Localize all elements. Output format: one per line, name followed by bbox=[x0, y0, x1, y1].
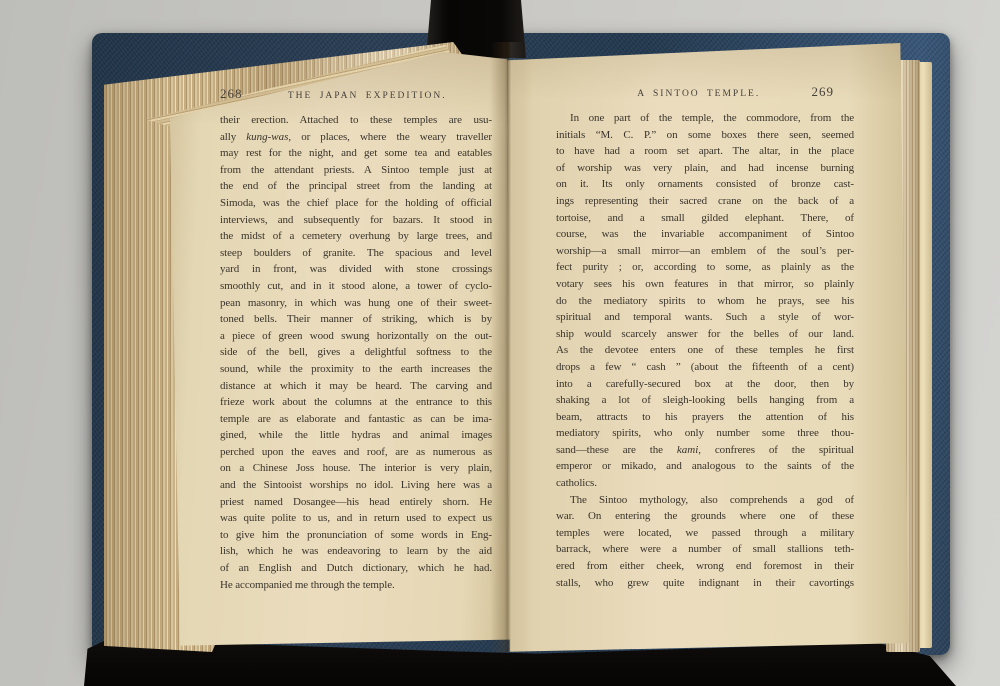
text-line: their erection. Attached to these temple… bbox=[220, 112, 492, 129]
text-line: into a carefully-secured box at the door… bbox=[556, 376, 854, 393]
text-line: priest named Dosangee—his head entirely … bbox=[220, 494, 492, 511]
text-line: steep boulders of granite. The spacious … bbox=[220, 245, 492, 262]
text-line: gined, while the little hydras and anima… bbox=[220, 427, 492, 444]
page-number: 268 bbox=[220, 86, 243, 102]
text-line: and the Sintooist worships no idol. Livi… bbox=[220, 477, 492, 494]
text-line: lish, which he was endeavoring to learn … bbox=[220, 543, 492, 560]
text-line: to have had a room set apart. The altar,… bbox=[556, 143, 854, 160]
text-line: temple are as elaborate and fantastic as… bbox=[220, 411, 492, 428]
text-line: In one part of the temple, the commodore… bbox=[556, 110, 854, 127]
running-head: THE JAPAN EXPEDITION. bbox=[243, 91, 493, 101]
text-line: perched upon the eaves and roof, are as … bbox=[220, 444, 492, 461]
text-line: course, was the invariable accompaniment… bbox=[556, 226, 854, 243]
left-page-text: 268 THE JAPAN EXPEDITION. their erection… bbox=[220, 86, 492, 593]
text-line: was quite polite to us, and in return us… bbox=[220, 510, 492, 527]
book-photo: 268 THE JAPAN EXPEDITION. their erection… bbox=[0, 0, 1000, 686]
text-line: on it. Its only ornaments consisted of b… bbox=[556, 176, 854, 193]
text-line: from the attendant priests. A Sintoo tem… bbox=[220, 162, 492, 179]
text-line: drops a few “ cash ” (about the fifteent… bbox=[556, 359, 854, 376]
text-line: toned bells. Their manner of striking, w… bbox=[220, 311, 492, 328]
text-line: stalls, who grew quite indignant in thei… bbox=[556, 575, 854, 592]
text-line: spiritual and temporal wants. Such a sty… bbox=[556, 309, 854, 326]
page-number: 269 bbox=[812, 84, 855, 100]
text-line: votary sees his own features in that mir… bbox=[556, 276, 854, 293]
text-line: emperor or mikado, and analogous to the … bbox=[556, 458, 854, 475]
text-line: As the devotee enters one of these templ… bbox=[556, 342, 854, 359]
text-line: of worship was very plain, and had incen… bbox=[556, 160, 854, 177]
text-line: the midst of a cemetery overhung by larg… bbox=[220, 228, 492, 245]
text-line: smoothly cut, and in it stood alone, a t… bbox=[220, 278, 492, 295]
text-line: mediatory spirits, who only number some … bbox=[556, 425, 854, 442]
text-line: to give him the pronunciation of some wo… bbox=[220, 527, 492, 544]
running-head: A SINTOO TEMPLE. bbox=[556, 89, 812, 99]
text-line: He accompanied me through the temple. bbox=[220, 577, 492, 594]
text-line: tortoise, and a small gilded elephant. T… bbox=[556, 210, 854, 227]
text-line: distance at which it may be heard. The c… bbox=[220, 378, 492, 395]
text-line: ings representing their sacred crane on … bbox=[556, 193, 854, 210]
text-line: interviews, and subsequently for bazars.… bbox=[220, 212, 492, 229]
text-line: catholics. bbox=[556, 475, 854, 492]
right-page-text: A SINTOO TEMPLE. 269 In one part of the … bbox=[556, 84, 854, 591]
text-line: temples were located, we passed through … bbox=[556, 525, 854, 542]
text-line: side of the bell, gives a delightful sof… bbox=[220, 344, 492, 361]
left-page-header: 268 THE JAPAN EXPEDITION. bbox=[220, 86, 492, 101]
text-line: frieze work about the columns at the ent… bbox=[220, 394, 492, 411]
gutter-shadow bbox=[490, 42, 524, 652]
text-line: of an English and Dutch dictionary, whic… bbox=[220, 560, 492, 577]
text-line: sound, while the proximity to the earth … bbox=[220, 361, 492, 378]
text-line: ally kung-was, or places, where the wear… bbox=[220, 129, 492, 146]
text-line: the end of the principal street from the… bbox=[220, 178, 492, 195]
text-line: yard in front, was divided with stone cr… bbox=[220, 261, 492, 278]
text-line: worship—a small mirror—an emblem of the … bbox=[556, 243, 854, 260]
text-line: initials “M. C. P.” on some boxes there … bbox=[556, 127, 854, 144]
left-page-body: their erection. Attached to these temple… bbox=[220, 112, 492, 593]
text-line: The Sintoo mythology, also comprehends a… bbox=[556, 492, 854, 509]
text-line: barrack, where were a number of small st… bbox=[556, 541, 854, 558]
text-line: pean masonry, in which was hung one of t… bbox=[220, 295, 492, 312]
text-line: shaking a lot of sleigh-looking bells ha… bbox=[556, 392, 854, 409]
text-line: ered from either cheek, wrong end foremo… bbox=[556, 558, 854, 575]
text-line: ship would scarcely answer for the belle… bbox=[556, 326, 854, 343]
text-line: a piece of green wood swung horizontally… bbox=[220, 328, 492, 345]
text-line: fect purity ; or, according to some, as … bbox=[556, 259, 854, 276]
text-line: may rest for the night, and get some tea… bbox=[220, 145, 492, 162]
text-line: sand—these are the kami, confreres of th… bbox=[556, 442, 854, 459]
text-line: beam, attracts to his prayers the attent… bbox=[556, 409, 854, 426]
text-line: Simoda, was the chief place for the hold… bbox=[220, 195, 492, 212]
right-page-header: A SINTOO TEMPLE. 269 bbox=[556, 84, 854, 99]
text-line: war. On entering the grounds where one o… bbox=[556, 508, 854, 525]
text-line: on a Chinese Joss house. The interior is… bbox=[220, 460, 492, 477]
right-page-body: In one part of the temple, the commodore… bbox=[556, 110, 854, 591]
text-line: do the mediatory spirits to whom he pray… bbox=[556, 293, 854, 310]
